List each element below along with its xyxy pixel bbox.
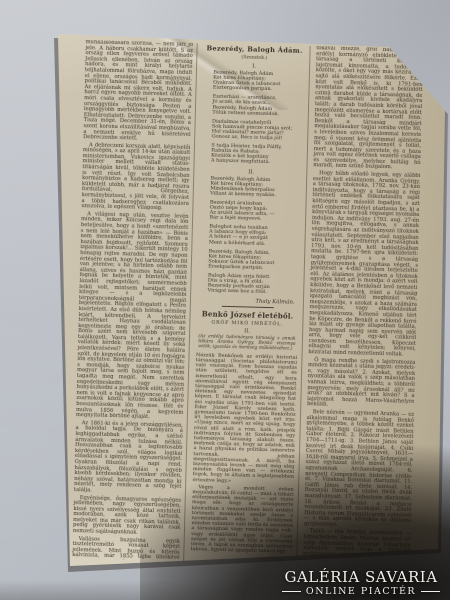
poem-stanza: Bezerédy, Balogh Ádám Két hires főkapitá… — [213, 71, 305, 94]
poem-stanza: Baloghot noha tusában A labancz hogy elf… — [209, 225, 301, 248]
poem-stanza: Bezerédy, Balogh Ádám, Két hires főkapit… — [208, 249, 300, 272]
watermark-dash-left — [282, 591, 301, 593]
poem-title: Bezerédy, Balogh Ádám. — [204, 44, 306, 55]
poem-signature: Thaly Kálmán. — [197, 298, 298, 307]
watermark-title: GALÉRIA SAVARIA — [272, 569, 450, 585]
essay-title: Benkő József életéből. — [197, 310, 299, 322]
paragraph: A debreczeni korszak alatt, képviselői m… — [81, 143, 190, 213]
watermark-subtitle: ONLINE PIACTÉR — [306, 586, 416, 597]
watermark-subtitle-row: ONLINE PIACTÉR — [272, 586, 450, 597]
paragraph: A világosi nap után, vesztve levén minde… — [76, 212, 189, 422]
poem-subtitle: (Szozatok.) — [204, 54, 305, 62]
divider-rule — [222, 306, 274, 308]
poem-stanza: Diadalmas csatahelyről Sok hamvadt pincz… — [212, 119, 304, 142]
poem-stanza: Bezerédyt árulásban Osztó népe hogy kapá… — [209, 200, 301, 223]
essay-editorial-note: (Az erdélyi tudományos társaság s annak … — [198, 336, 296, 353]
watermark-logo: GALÉRIA SAVARIA ONLINE PIACTÉR — [272, 569, 450, 597]
poem-stanza: Bezerédy, Balogh Ádám Két hires főkapitá… — [210, 176, 302, 199]
poem-stanza: S tudja Heister, tudja Pálffy, Rabutin é… — [211, 144, 303, 167]
poem-stanza: Eszterházi — aranyláncz, Jó aczél, de ki… — [212, 95, 304, 118]
poem-stanza: Balogh Ádám sirja felett Dús a virág, a … — [207, 273, 299, 296]
watermark-dash-right — [421, 591, 440, 593]
photo-background: 174 munkálkodására szoritsa, — nem járt … — [0, 0, 450, 600]
paragraph: Hogy hűbb előadó legyek, egy alábbi eset… — [308, 171, 420, 358]
paragraph: munkálkodására szoritsa, — nem járt jó j… — [83, 40, 193, 143]
paragraph: Ő maga rendbe szedi s lajstromozza minde… — [307, 358, 416, 411]
